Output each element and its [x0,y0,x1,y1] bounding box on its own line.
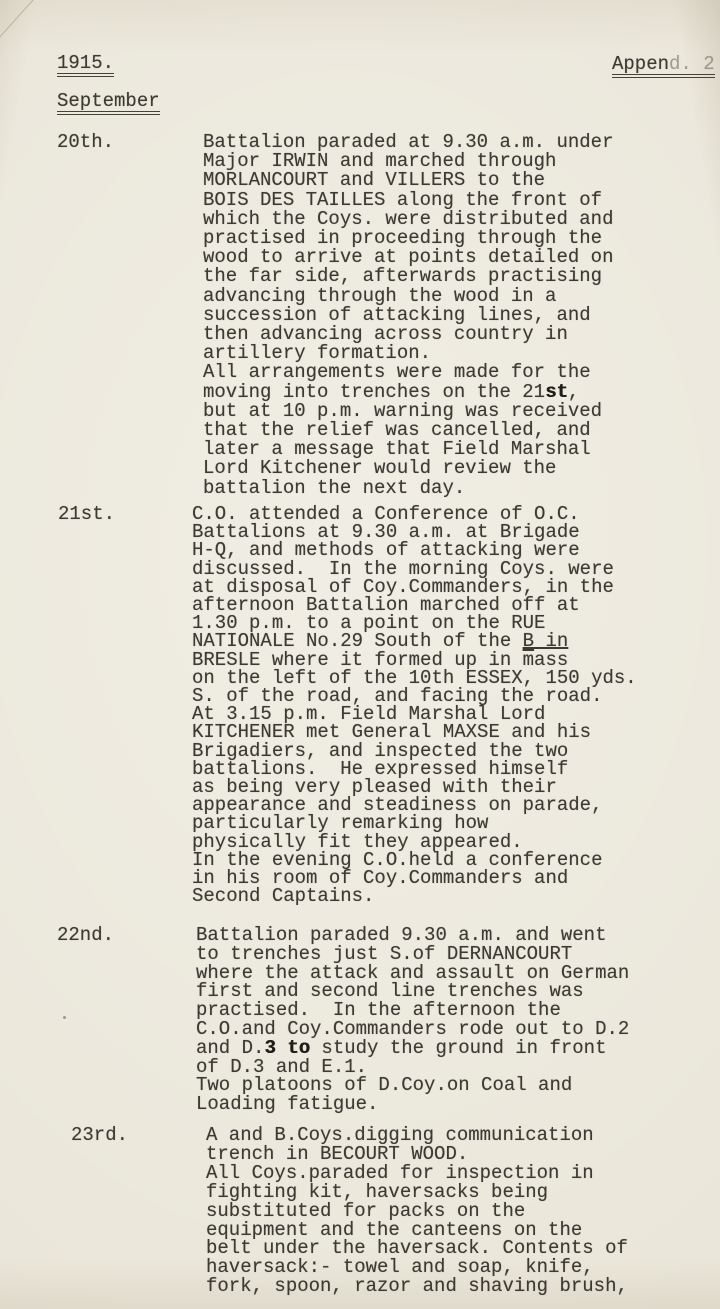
entry-line: MORLANCOURT and VILLERS to the [203,171,613,190]
diary-entry: 21st.C.O. attended a Conference of O.C.B… [58,505,637,905]
month-heading: September [57,90,160,115]
entry-line: Loading fatigue. [196,1095,629,1114]
entry-date: 23rd. [71,1126,206,1145]
diary-entry: 20th.Battalion paraded at 9.30 a.m. unde… [57,133,613,498]
entry-date: 20th. [57,133,203,152]
entry-line: Lord Kitchener would review the [203,459,613,478]
entry-date: 21st. [58,505,192,523]
appendix-faded-text: d. 2 [669,53,715,75]
appendix-text: Append. 2 [612,55,715,78]
entry-line: battalion the next day. [203,479,613,498]
month-text: September [57,92,160,115]
entry-line: Battalion paraded 9.30 a.m. and went [196,926,629,945]
entry-line: advancing through the wood in a [203,287,613,306]
entry-line: to trenches just S.of DERNANCOURT [196,945,629,964]
page-year-heading: 1915. [57,52,114,77]
entry-line: and D.3 to study the ground in front [196,1039,629,1058]
entry-line: moving into trenches on the 21st, [203,383,613,402]
diary-entry: 22nd.Battalion paraded 9.30 a.m. and wen… [57,926,629,1114]
entry-line: fork, spoon, razor and shaving brush, [206,1277,628,1296]
entry-body: C.O. attended a Conference of O.C.Battal… [192,505,637,905]
year-text: 1915. [57,54,114,77]
entry-line: substituted for packs on the [206,1202,628,1221]
entry-line: fighting kit, haversacks being [206,1183,628,1202]
entry-line: KITCHENER met General MAXSE and his [192,723,637,741]
entry-line: trench in BECOURT WOOD. [206,1145,628,1164]
paper-crease [0,0,42,39]
diary-page: 1915. Append. 2 September 20th.Battalion… [0,0,720,1309]
entry-line: BOIS DES TAILLES along the front of [203,191,613,210]
entry-line: H-Q, and methods of attacking were [192,541,637,559]
entry-date: 22nd. [57,926,196,945]
entry-line: Second Captains. [192,887,637,905]
entry-line: particularly remarking how [192,814,637,832]
entry-line: the far side, afterwards practising [203,267,613,286]
appendix-heading: Append. 2 [612,53,720,78]
entry-body: Battalion paraded at 9.30 a.m. underMajo… [203,133,613,498]
entry-body: A and B.Coys.digging communicationtrench… [206,1126,628,1296]
entry-body: Battalion paraded 9.30 a.m. and wentto t… [196,926,629,1114]
entry-line: All Coys.paraded for inspection in [206,1164,628,1183]
diary-entry: 23rd.A and B.Coys.digging communicationt… [71,1126,628,1296]
